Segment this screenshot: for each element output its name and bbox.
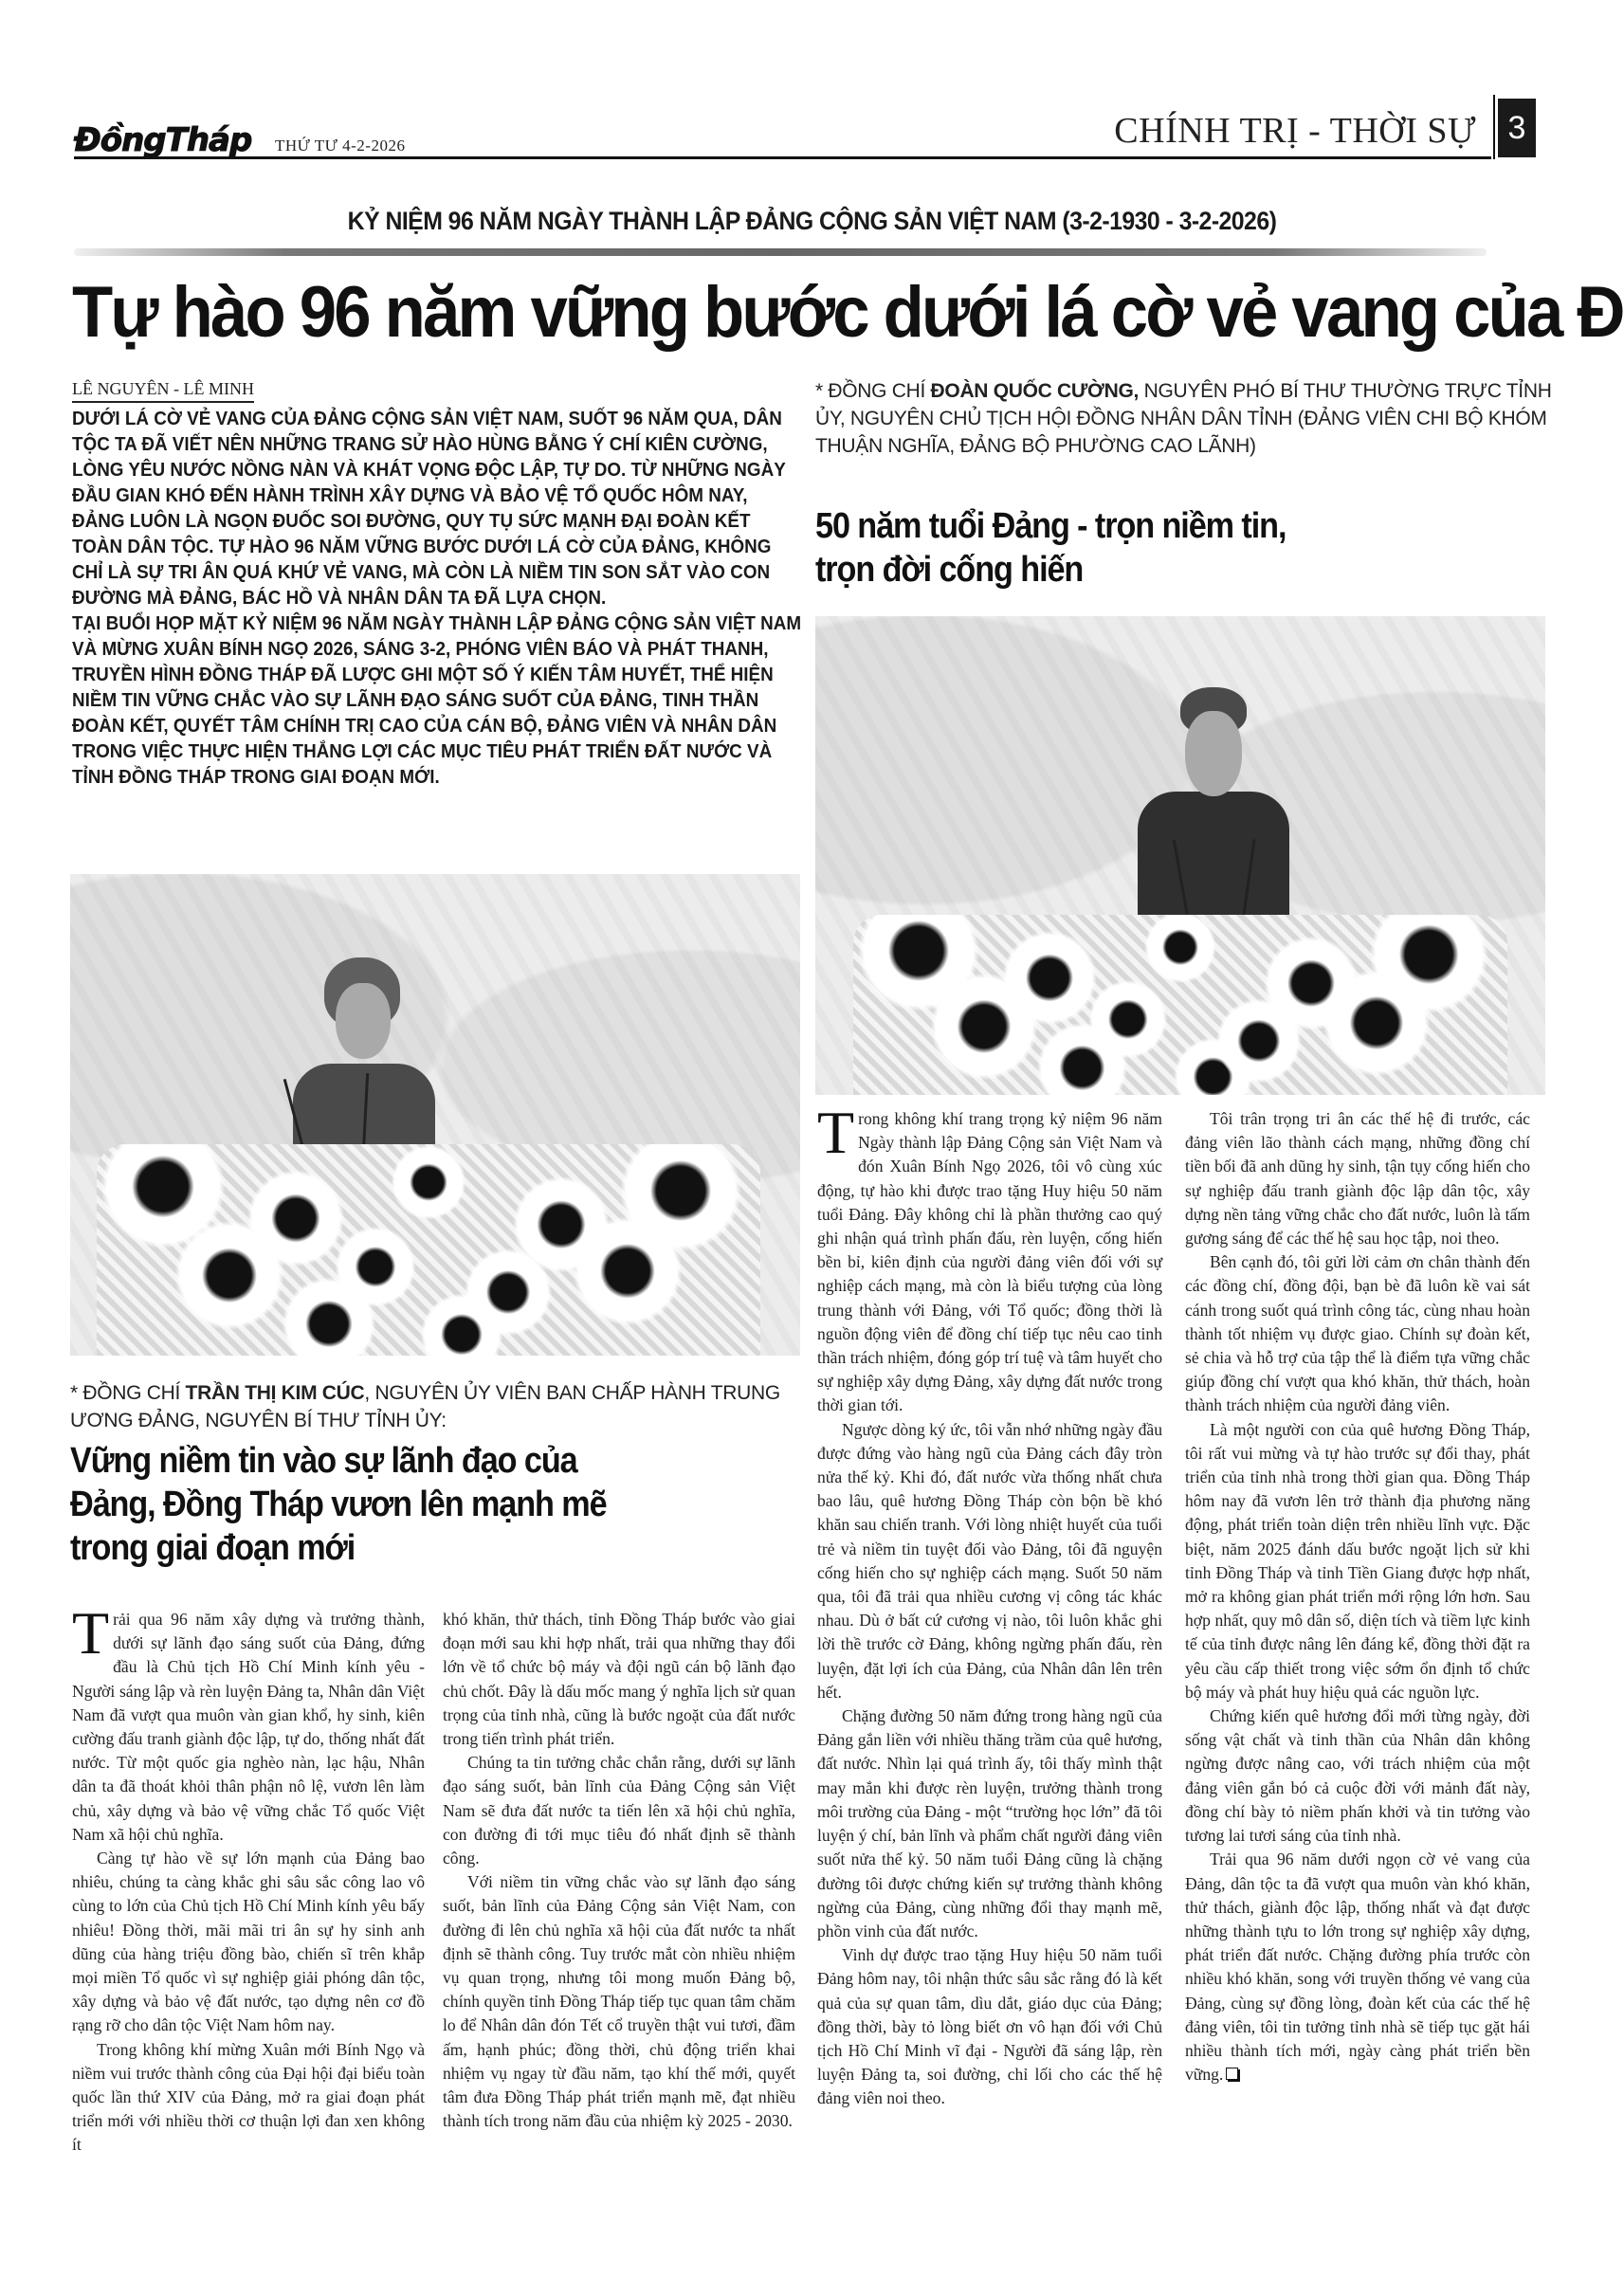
paragraph: Ngược dòng ký ức, tôi vẫn nhớ những ngày… (817, 1418, 1162, 1704)
issue-date: THỨ TƯ 4-2-2026 (275, 137, 405, 155)
paragraph: Trải qua 96 năm dưới ngọn cờ vẻ vang của… (1185, 1848, 1530, 2086)
photo-flower-podium (853, 915, 1507, 1095)
section-title: CHÍNH TRỊ - THỜI SỰ (1114, 110, 1476, 152)
left-story-column-1: Trải qua 96 năm xây dựng và trưởng thành… (72, 1608, 425, 2158)
paragraph-text: rải qua 96 năm xây dựng và trưởng thành,… (72, 1610, 425, 1844)
drop-cap: T (72, 1610, 109, 1657)
newspaper-logo: ĐồngTháp (74, 121, 251, 159)
paragraph: Chặng đường 50 năm đứng trong hàng ngũ c… (817, 1704, 1162, 1943)
left-story-column-2: khó khăn, thử thách, tỉnh Đồng Tháp bước… (443, 1608, 795, 2133)
right-story-title: 50 năm tuổi Đảng - trọn niềm tin, trọn đ… (815, 504, 1293, 592)
paragraph: Với niềm tin vững chắc vào sự lãnh đạo s… (443, 1870, 795, 2133)
paragraph: Tôi trân trọng tri ân các thế hệ đi trướ… (1185, 1107, 1530, 1250)
paragraph: Trong không khí trang trọng kỷ niệm 96 n… (817, 1107, 1162, 1418)
paragraph: khó khăn, thử thách, tỉnh Đồng Tháp bước… (443, 1608, 795, 1751)
person-name: ĐOÀN QUỐC CƯỜNG, (931, 380, 1140, 402)
intro-prefix: * ĐỒNG CHÍ (815, 380, 931, 402)
paragraph: Chúng ta tin tưởng chắc chắn rằng, dưới … (443, 1751, 795, 1870)
byline: LÊ NGUYÊN - LÊ MINH (72, 379, 254, 403)
left-story-intro: * ĐỒNG CHÍ TRẦN THỊ KIM CÚC, NGUYÊN ỦY V… (70, 1379, 810, 1434)
paragraph: Trải qua 96 năm xây dựng và trưởng thành… (72, 1608, 425, 1847)
page-number: 3 (1498, 99, 1536, 157)
paragraph-text: rong không khí trang trọng kỷ niệm 96 nă… (817, 1109, 1162, 1414)
photo-speaker-face (336, 983, 391, 1059)
paragraph-text: Trải qua 96 năm dưới ngọn cờ vẻ vang của… (1185, 1850, 1530, 2084)
photo-tran-thi-kim-cuc (70, 874, 800, 1356)
right-story-column-2: Tôi trân trọng tri ân các thế hệ đi trướ… (1185, 1107, 1530, 2086)
paragraph: Là một người con của quê hương Đồng Tháp… (1185, 1418, 1530, 1704)
kicker: KỶ NIỆM 96 NĂM NGÀY THÀNH LẬP ĐẢNG CỘNG … (65, 207, 1560, 236)
paragraph: Vinh dự được trao tặng Huy hiệu 50 năm t… (817, 1943, 1162, 2110)
paragraph: Chứng kiến quê hương đổi mới từng ngày, … (1185, 1704, 1530, 1848)
intro-prefix: * ĐỒNG CHÍ (70, 1382, 186, 1404)
lead-paragraphs: DƯỚI LÁ CỜ VẺ VANG CỦA ĐẢNG CỘNG SẢN VIỆ… (72, 406, 802, 790)
photo-speaker-body (1138, 792, 1289, 924)
photo-speaker-face (1185, 711, 1242, 796)
page-headline: Tự hào 96 năm vững bước dưới lá cờ vẻ va… (72, 271, 1465, 354)
paragraph: Càng tự hào về sự lớn mạnh của Đảng bao … (72, 1847, 425, 2038)
paragraph: Trong không khí mừng Xuân mới Bính Ngọ v… (72, 2038, 425, 2158)
right-story-column-1: Trong không khí trang trọng kỷ niệm 96 n… (817, 1107, 1162, 2111)
lead-paragraph: DƯỚI LÁ CỜ VẺ VANG CỦA ĐẢNG CỘNG SẢN VIỆ… (72, 406, 802, 610)
lead-paragraph: TẠI BUỔI HỌP MẶT KỶ NIỆM 96 NĂM NGÀY THÀ… (72, 610, 802, 790)
drop-cap: T (817, 1109, 854, 1157)
photo-doan-quoc-cuong (815, 616, 1545, 1095)
end-of-article-icon (1226, 2068, 1238, 2080)
section-box: CHÍNH TRỊ - THỜI SỰ (1062, 95, 1495, 159)
paragraph: Bên cạnh đó, tôi gửi lời cảm ơn chân thà… (1185, 1250, 1530, 1417)
kicker-divider (74, 248, 1487, 256)
photo-flower-podium (97, 1144, 760, 1356)
person-name: TRẦN THỊ KIM CÚC (186, 1382, 365, 1404)
right-story-intro: * ĐỒNG CHÍ ĐOÀN QUỐC CƯỜNG, NGUYÊN PHÓ B… (815, 377, 1555, 460)
header-rule (74, 156, 1491, 159)
left-story-title: Vững niềm tin vào sự lãnh đạo của Đảng, … (70, 1439, 633, 1570)
